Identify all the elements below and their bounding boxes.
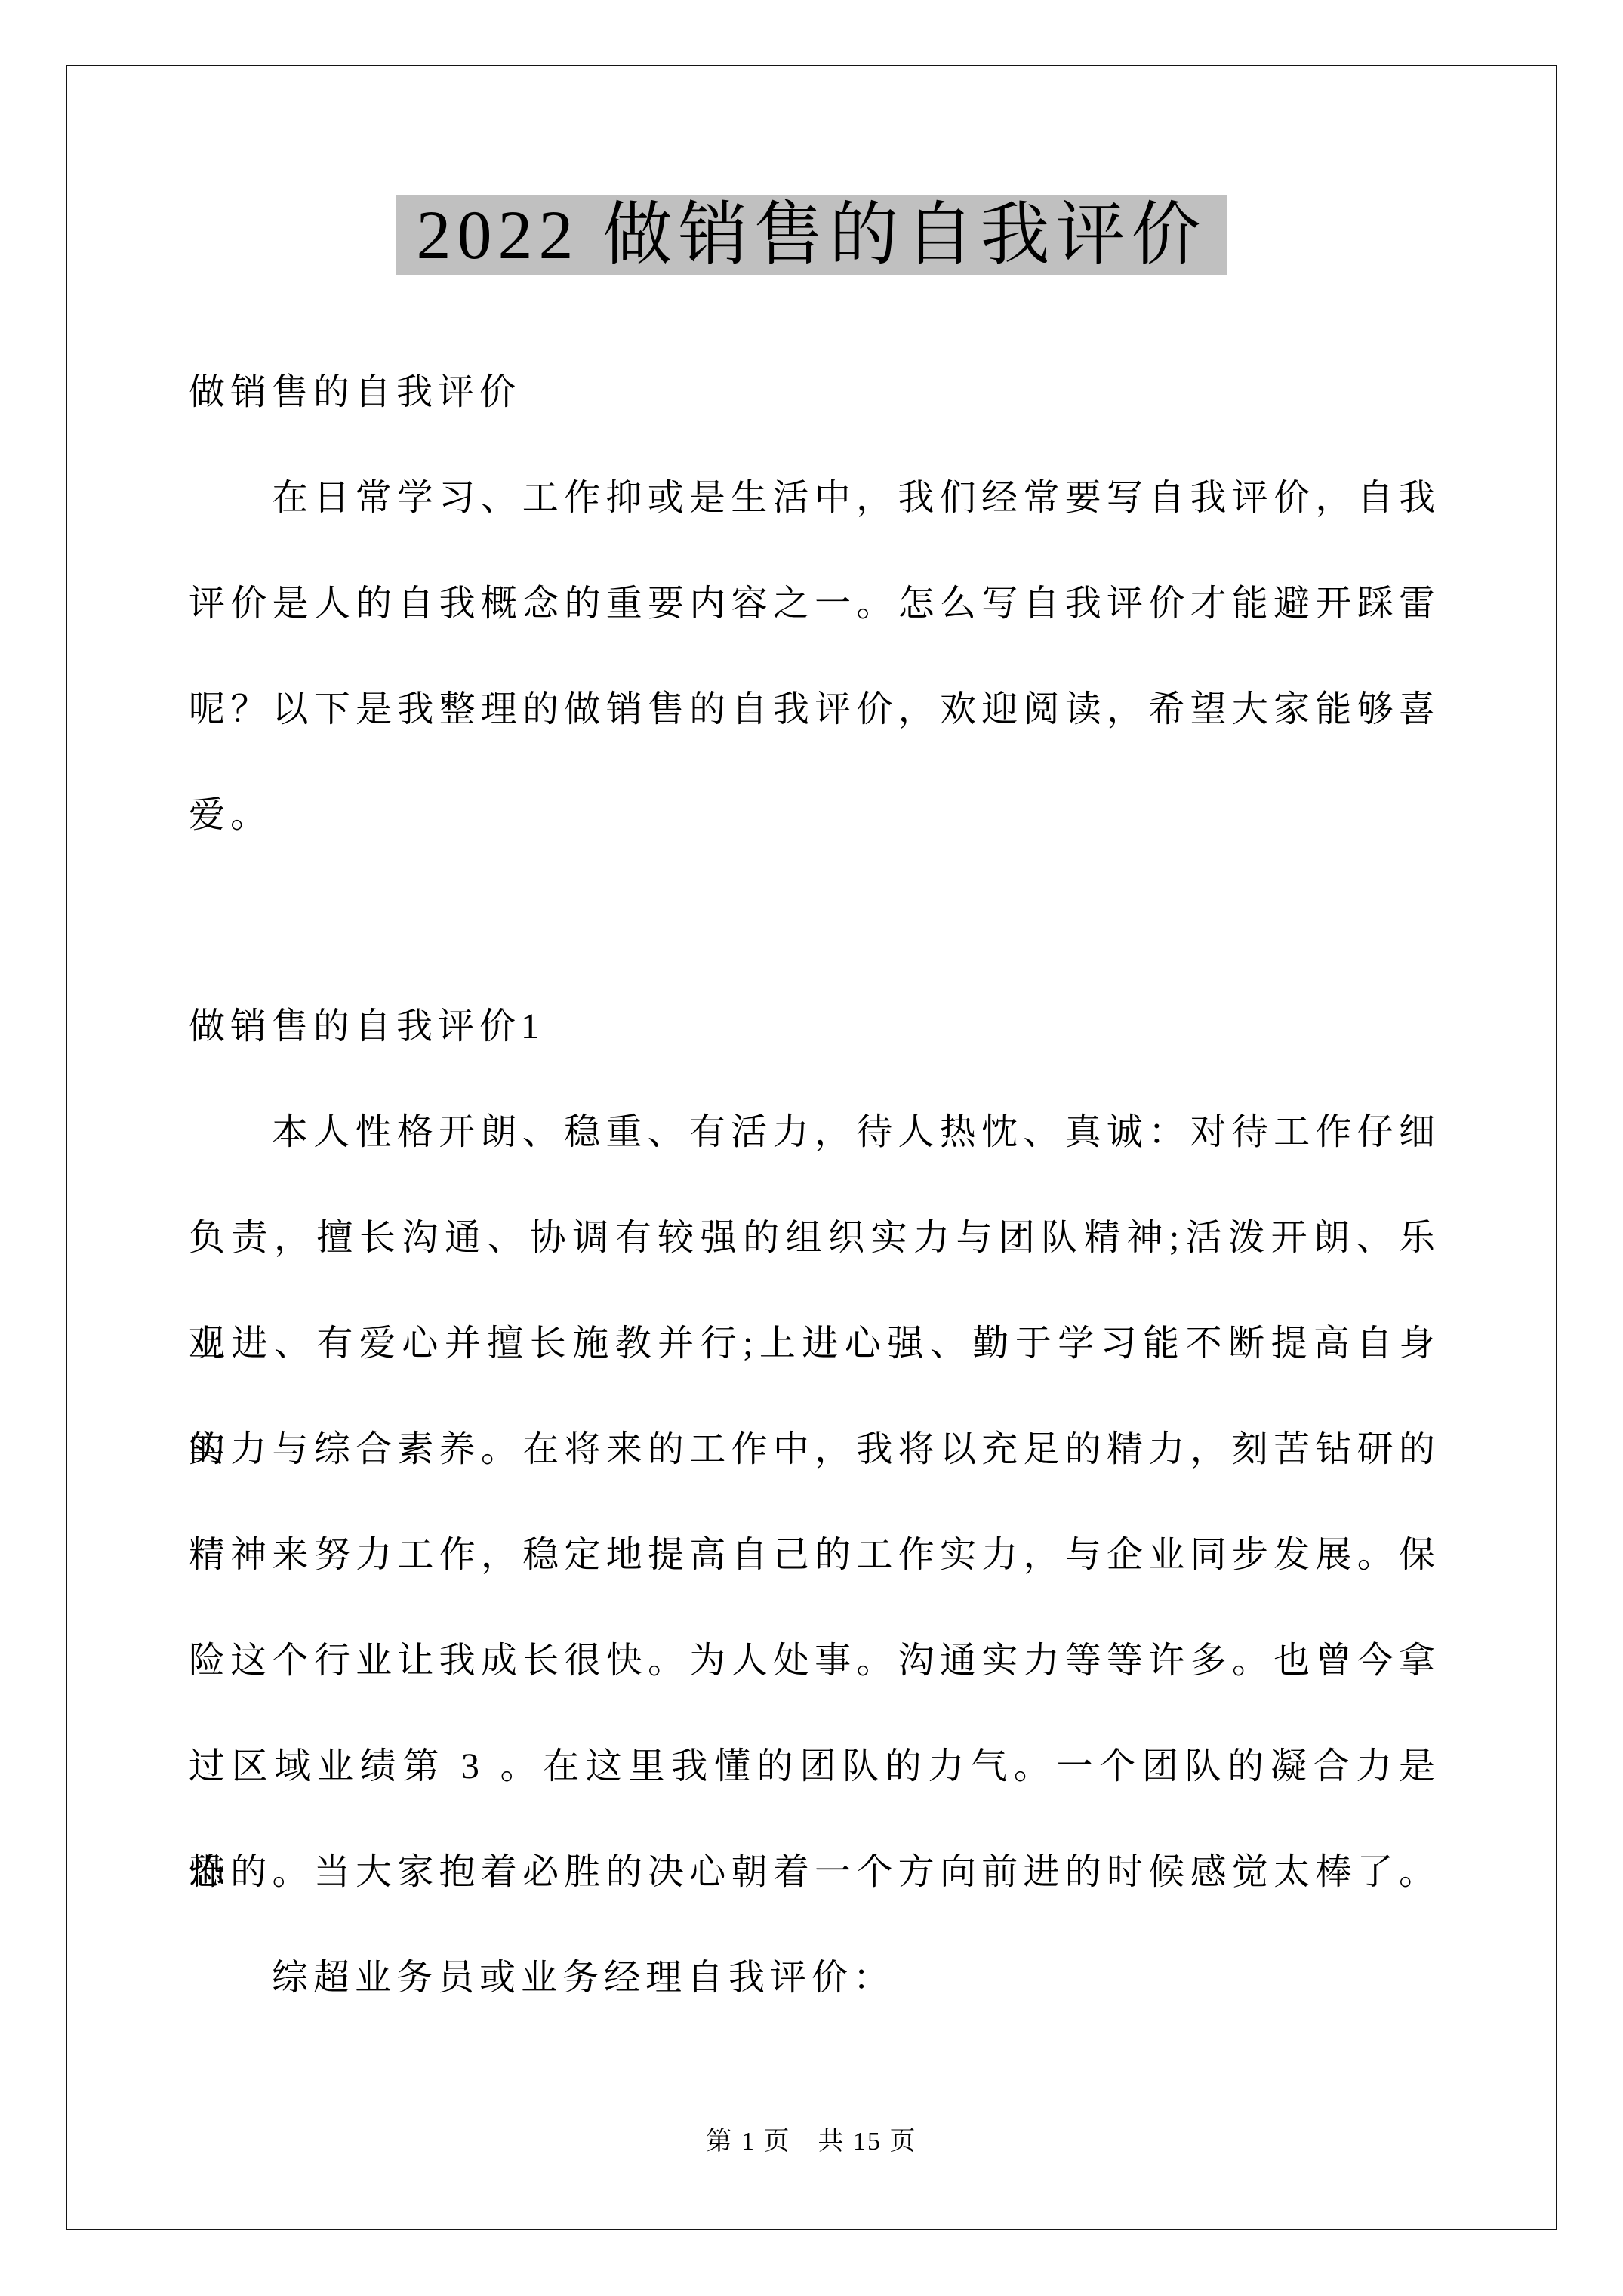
paragraph-line: 负责，擅长沟通、协调有较强的组织实力与团队精神;活泼开朗、乐观 [189, 1185, 1440, 1291]
paragraph-line: 怖的。当大家抱着必胜的决心朝着一个方向前进的时候感觉太棒了。 [189, 1820, 1440, 1925]
paragraph-line: 呢？以下是我整理的做销售的自我评价，欢迎阅读，希望大家能够喜 [189, 657, 1440, 763]
page-footer: 第 1 页 共 15 页 [0, 2126, 1623, 2158]
paragraph-line: 精神来努力工作，稳定地提高自己的工作实力，与企业同步发展。保 [189, 1502, 1440, 1608]
document-page: 2022 做销售的自我评价 做销售的自我评价 在日常学习、工作抑或是生活中，我们… [0, 0, 1623, 2296]
paragraph-line: 过区域业绩第 3 。在这里我懂的团队的力气。一个团队的凝合力是恐 [189, 1714, 1440, 1820]
section-heading: 做销售的自我评价1 [189, 974, 1440, 1080]
paragraph-line: 上进、有爱心并擅长施教并行;上进心强、勤于学习能不断提高自身的 [189, 1291, 1440, 1397]
paragraph-line: 在日常学习、工作抑或是生活中，我们经常要写自我评价，自我 [189, 445, 1440, 551]
paragraph-line: 实力与综合素养。在将来的工作中，我将以充足的精力，刻苦钻研的 [189, 1397, 1440, 1502]
paragraph-line: 评价是人的自我概念的重要内容之一。怎么写自我评价才能避开踩雷 [189, 551, 1440, 657]
page-number-label: 第 1 页 共 15 页 [707, 2128, 917, 2156]
blank-line [189, 868, 1440, 974]
paragraph-line: 综超业务员或业务经理自我评价： [189, 1925, 1440, 2031]
document-body: 做销售的自我评价 在日常学习、工作抑或是生活中，我们经常要写自我评价，自我 评价… [189, 340, 1440, 2031]
document-title-row: 2022 做销售的自我评价 [0, 195, 1623, 275]
section-heading: 做销售的自我评价 [189, 340, 1440, 445]
paragraph-line: 爱。 [189, 763, 1440, 868]
paragraph-line: 险这个行业让我成长很快。为人处事。沟通实力等等许多。也曾今拿 [189, 1608, 1440, 1714]
document-title: 2022 做销售的自我评价 [396, 195, 1226, 275]
paragraph-line: 本人性格开朗、稳重、有活力，待人热忱、真诚：对待工作仔细 [189, 1080, 1440, 1185]
